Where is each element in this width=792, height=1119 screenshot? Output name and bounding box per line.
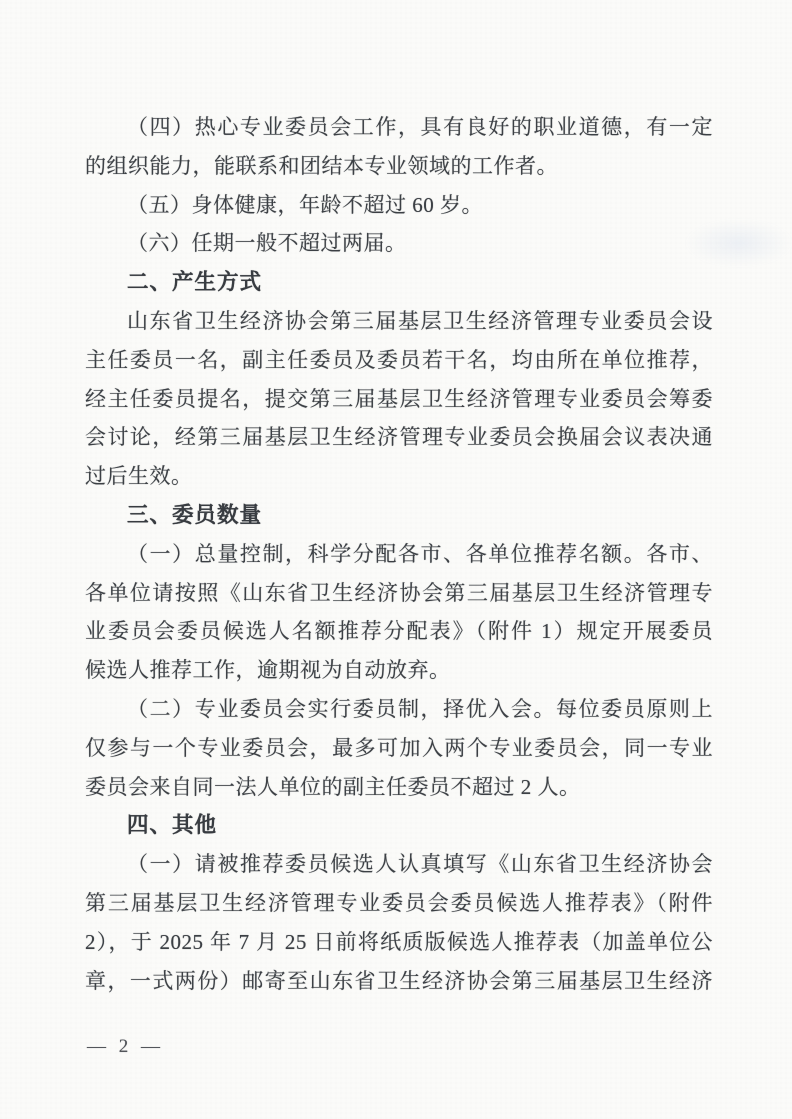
text-line: 主任委员一名，副主任委员及委员若干名，均由所在单位推荐， xyxy=(85,341,713,380)
text-line: （一）总量控制，科学分配各市、各单位推荐名额。各市、 xyxy=(85,535,713,574)
text-line: （二）专业委员会实行委员制，择优入会。每位委员原则上 xyxy=(85,690,713,729)
text-line: 2），于 2025 年 7 月 25 日前将纸质版候选人推荐表（加盖单位公 xyxy=(85,923,713,962)
text-line: 第三届基层卫生经济管理专业委员会委员候选人推荐表》（附件 xyxy=(85,884,713,923)
text-line: （五）身体健康，年龄不超过 60 岁。 xyxy=(85,186,713,225)
text-line: 山东省卫生经济协会第三届基层卫生经济管理专业委员会设 xyxy=(85,302,713,341)
section-heading: 四、其他 xyxy=(85,806,713,845)
text-line: 仅参与一个专业委员会，最多可加入两个专业委员会，同一专业 xyxy=(85,729,713,768)
page-number: — 2 — xyxy=(87,1036,164,1058)
text-line: 各单位请按照《山东省卫生经济协会第三届基层卫生经济管理专 xyxy=(85,574,713,613)
text-line: 委员会来自同一法人单位的副主任委员不超过 2 人。 xyxy=(85,768,713,807)
text-line: 经主任委员提名，提交第三届基层卫生经济管理专业委员会筹委 xyxy=(85,380,713,419)
text-line: （四）热心专业委员会工作，具有良好的职业道德，有一定 xyxy=(85,108,713,147)
text-line: 候选人推荐工作，逾期视为自动放弃。 xyxy=(85,651,713,690)
section-heading: 三、委员数量 xyxy=(85,496,713,535)
text-line: 章，一式两份）邮寄至山东省卫生经济协会第三届基层卫生经济 xyxy=(85,962,713,1001)
text-line: 会讨论，经第三届基层卫生经济管理专业委员会换届会议表决通 xyxy=(85,418,713,457)
text-line: 过后生效。 xyxy=(85,457,713,496)
text-line: （六）任期一般不超过两届。 xyxy=(85,224,713,263)
document-body: （四）热心专业委员会工作，具有良好的职业道德，有一定的组织能力，能联系和团结本专… xyxy=(85,108,713,1000)
section-heading: 二、产生方式 xyxy=(85,263,713,302)
text-line: 的组织能力，能联系和团结本专业领域的工作者。 xyxy=(85,147,713,186)
text-line: 业委员会委员候选人名额推荐分配表》（附件 1）规定开展委员 xyxy=(85,612,713,651)
text-line: （一）请被推荐委员候选人认真填写《山东省卫生经济协会 xyxy=(85,845,713,884)
